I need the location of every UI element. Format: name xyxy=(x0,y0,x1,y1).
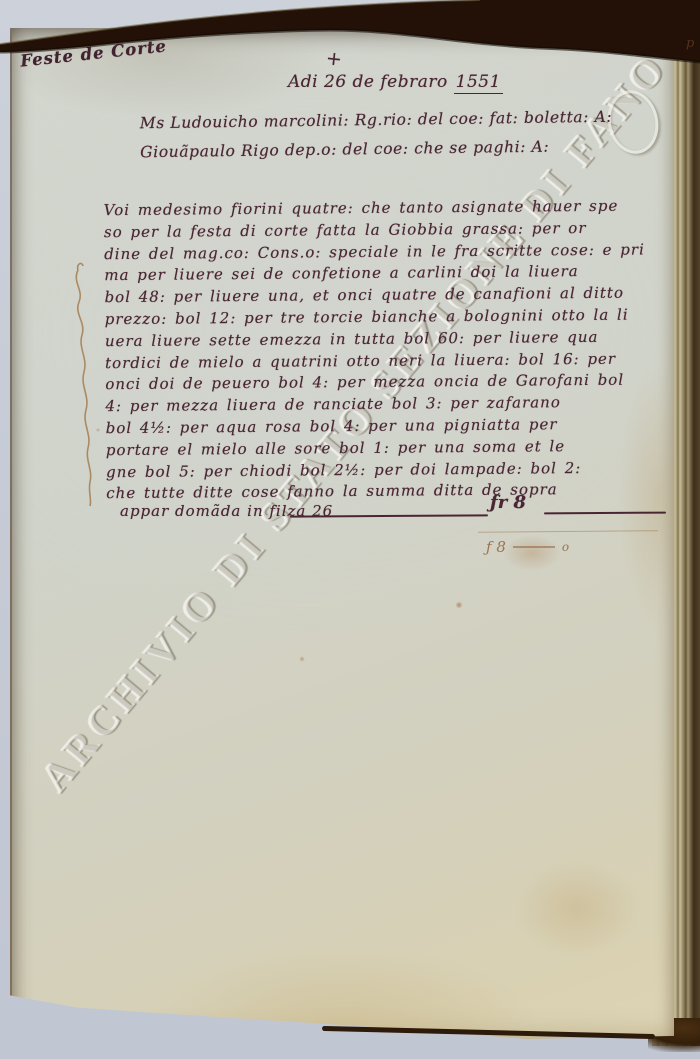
book-binding-top xyxy=(0,0,700,92)
parties-block: Ms Ludouicho marcolini: Rg.rio: del coe:… xyxy=(140,103,613,168)
paper-stains xyxy=(12,28,674,1042)
manuscript-page: ARCHIVIO DI STATO SEZIONE DI FANO Feste … xyxy=(10,28,674,1042)
body-text: Voi medesimo fiorini quatre: che tanto a… xyxy=(104,196,607,506)
sum-rule-left xyxy=(290,514,488,517)
secondary-total-dash xyxy=(513,546,555,547)
secondary-total: ƒ 8 o xyxy=(486,538,569,556)
secondary-total-rule xyxy=(478,530,658,533)
party-line: Giouãpaulo Rigo dep.o: del coe: che se p… xyxy=(140,132,613,168)
sum-rule-right xyxy=(544,512,666,515)
secondary-total-amount: ƒ 8 xyxy=(486,538,506,556)
manuscript-photo: ARCHIVIO DI STATO SEZIONE DI FANO Feste … xyxy=(0,0,700,1059)
secondary-total-suffix: o xyxy=(562,540,569,554)
sum-amount: ƒr 8 xyxy=(490,492,526,513)
folio-mark: p xyxy=(686,36,694,51)
paper-fiber xyxy=(60,232,100,512)
